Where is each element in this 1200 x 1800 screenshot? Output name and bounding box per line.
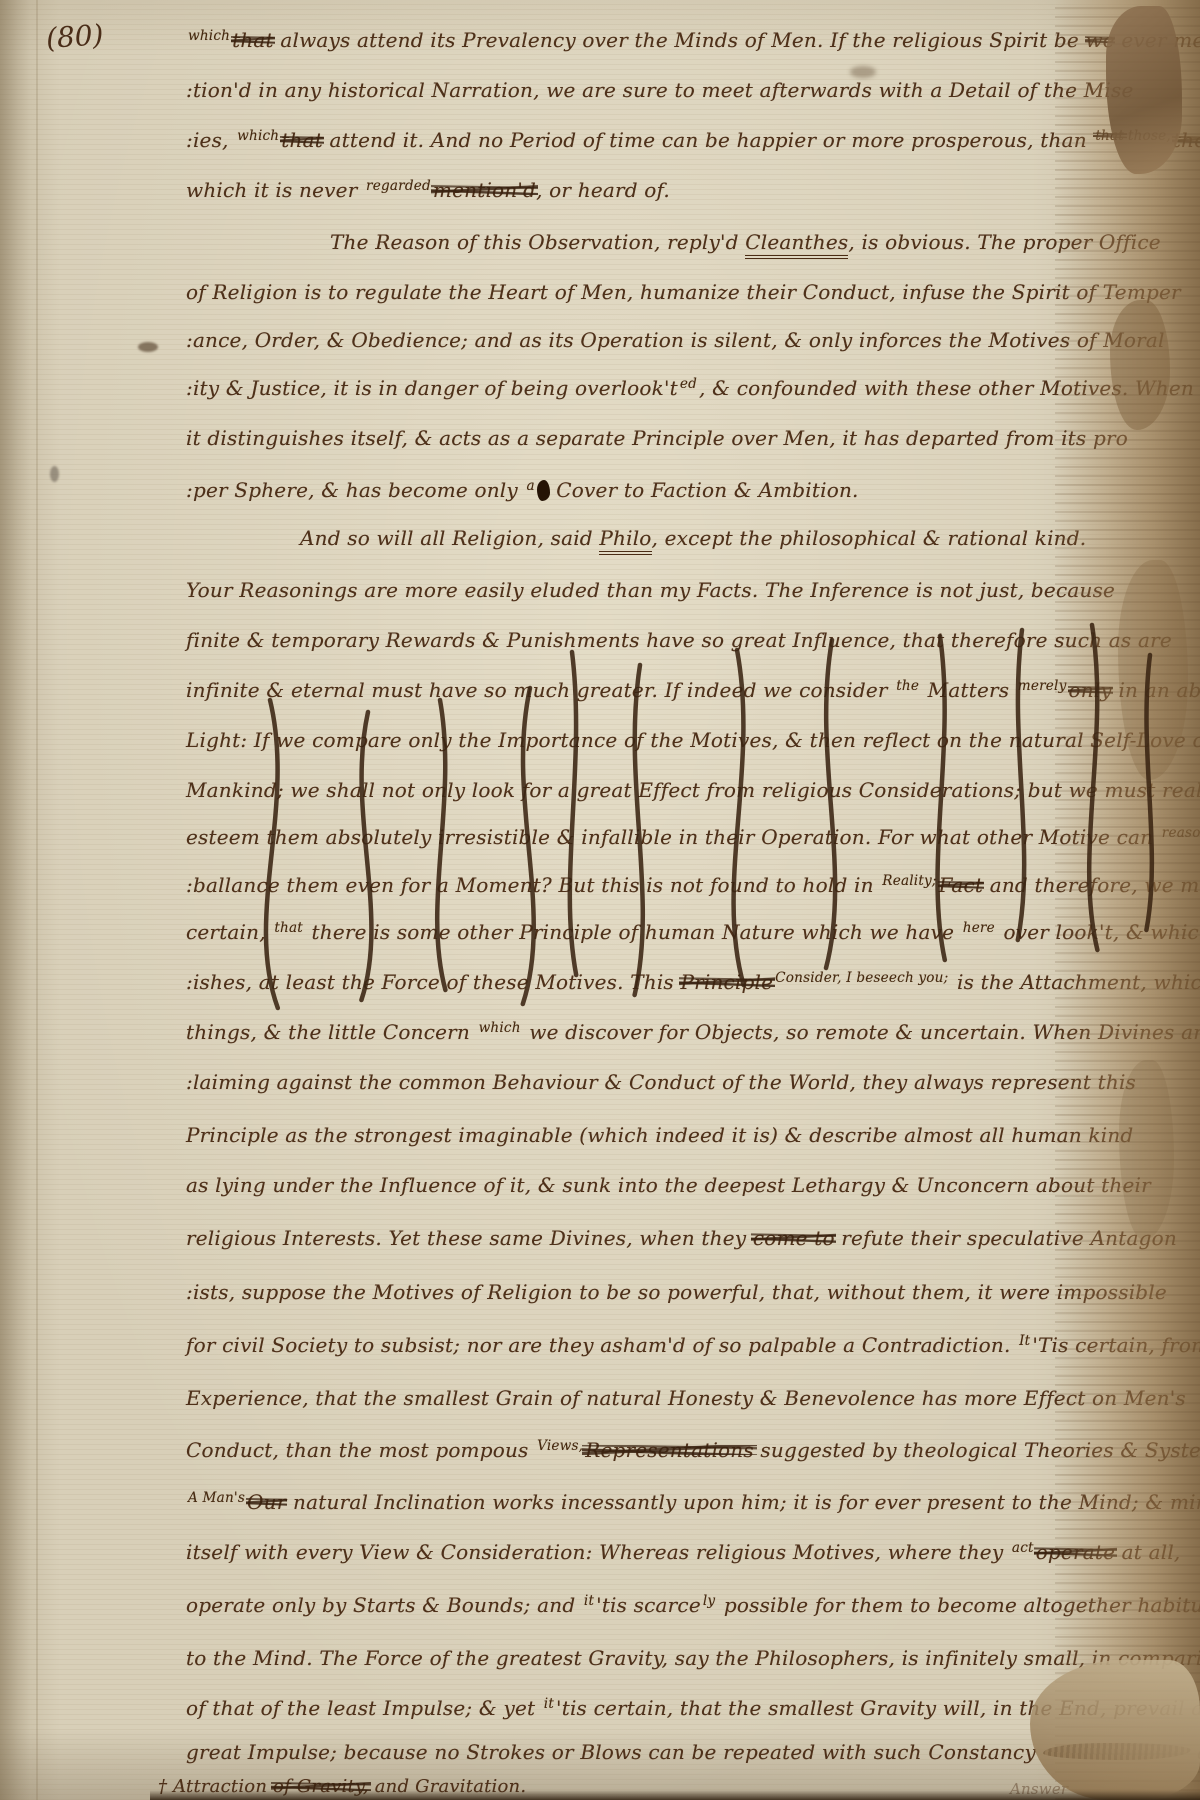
manuscript-line: certain, that there is some other Princi… [186,920,1200,944]
manuscript-line: :ists, suppose the Motives of Religion t… [186,1280,1167,1304]
manuscript-text: :ity & Justice, it is in danger of being… [186,376,678,400]
struck-word: come to [753,1226,835,1250]
interlinear-insertion: which [186,28,232,44]
manuscript-text: Principle as the strongest imaginable (w… [186,1123,1133,1147]
manuscript-line: it distinguishes itself, & acts as a sep… [186,426,1128,450]
struck-word: Our [247,1490,286,1514]
interlinear-insertion: which [477,1020,523,1036]
manuscript-text: Philo [599,526,651,555]
manuscript-text: to the Mind. The Force of the greatest G… [186,1646,1200,1670]
manuscript-text: things, & the little Concern [186,1020,477,1044]
manuscript-line: And so will all Religion, said Philo, ex… [300,526,1086,550]
manuscript-line: finite & temporary Rewards & Punishments… [186,628,1172,652]
manuscript-text: :ishes, at least the Force of these Moti… [186,970,680,994]
manuscript-text: great Impulse; because no Strokes or Blo… [186,1740,1043,1764]
manuscript-text: which it is never [186,178,364,202]
manuscript-text: operate only by Starts & Bounds; and [186,1593,582,1617]
manuscript-line: The Reason of this Observation, reply'd … [330,230,1161,254]
interlinear-insertion: act [1010,1540,1036,1556]
manuscript-line: Your Reasonings are more easily eluded t… [186,578,1115,602]
manuscript-line: Experience, that the smallest Grain of n… [186,1386,1186,1410]
manuscript-text: infinite & eternal must have so much gre… [186,678,894,702]
manuscript-line: Principle as the strongest imaginable (w… [186,1123,1133,1147]
bottom-shadow [150,1790,1200,1800]
manuscript-line: things, & the little Concern which we di… [186,1020,1200,1044]
interlinear-insertion: ly [701,1593,717,1609]
manuscript-text: :ballance them even for a Moment? But th… [186,873,880,897]
manuscript-line: :ballance them even for a Moment? But th… [186,873,1200,897]
manuscript-text: Conduct, than the most pompous [186,1438,535,1462]
manuscript-line: Mankind; we shall not only look for a gr… [186,778,1200,802]
struck-word: that [232,28,274,52]
edge-stain [1110,300,1170,430]
manuscript-text: :ance, Order, & Obedience; and as its Op… [186,328,1165,352]
manuscript-line: :tion'd in any historical Narration, we … [186,78,1134,102]
manuscript-line: operate only by Starts & Bounds; and it'… [186,1593,1200,1617]
interlinear-insertion: A Man's [186,1490,247,1506]
interlinear-insertion: regarded [364,178,433,194]
struck-word: mention'd [433,178,536,202]
manuscript-line: Conduct, than the most pompous Views,Rep… [186,1438,1200,1462]
manuscript-line: :laiming against the common Behaviour & … [186,1070,1136,1094]
ink-blot [537,480,550,501]
manuscript-text: Mankind; we shall not only look for a gr… [186,778,1200,802]
manuscript-line: Light: If we compare only the Importance… [186,728,1200,752]
manuscript-text: certain, [186,920,272,944]
interlinear-insertion: it [582,1593,596,1609]
manuscript-page: (80) whichthat always attend its Prevale… [0,0,1200,1800]
interlinear-insertion: It [1017,1333,1032,1349]
manuscript-text: :tion'd in any historical Narration, we … [186,78,1134,102]
manuscript-text: :per Sphere, & has become only [186,478,524,502]
manuscript-line: to the Mind. The Force of the greatest G… [186,1646,1200,1670]
manuscript-line: whichthat always attend its Prevalency o… [186,28,1200,52]
faint-smear [850,66,876,78]
manuscript-text: , or heard of. [536,178,670,202]
manuscript-line: :ance, Order, & Obedience; and as its Op… [186,328,1165,352]
manuscript-text: attend it. And no Period of time can be … [323,128,1093,152]
manuscript-text: :ists, suppose the Motives of Religion t… [186,1280,1167,1304]
interlinear-insertion: a [524,478,536,494]
manuscript-lines: whichthat always attend its Prevalency o… [0,0,1200,1800]
interlinear-insertion: the [894,678,921,694]
struck-word: Representations [585,1438,754,1462]
manuscript-line: as lying under the Influence of it, & su… [186,1173,1151,1197]
manuscript-line: :ies, whichthat attend it. And no Period… [186,128,1200,152]
manuscript-line: religious Interests. Yet these same Divi… [186,1226,1177,1250]
torn-corner [1106,6,1182,174]
manuscript-text: esteem them absolutely irresistible & in… [186,825,1160,849]
interlinear-insertion: ed [678,376,699,392]
manuscript-line: infinite & eternal must have so much gre… [186,678,1200,702]
manuscript-text: Cleanthes [745,230,848,259]
manuscript-text: there is some other Principle of human N… [305,920,961,944]
manuscript-line: of Religion is to regulate the Heart of … [186,280,1181,304]
struck-word: Fact [939,873,983,897]
manuscript-line: for civil Society to subsist; nor are th… [186,1333,1200,1357]
manuscript-text: Cover to Faction & Ambition. [550,478,859,502]
manuscript-text: always attend its Prevalency over the Mi… [274,28,1086,52]
manuscript-text: The Reason of this Observation, reply'd [330,230,745,254]
manuscript-text: :ies, [186,128,235,152]
manuscript-text: as lying under the Influence of it, & su… [186,1173,1151,1197]
interlinear-insertion: that [272,920,305,936]
manuscript-line: which it is never regardedmention'd, or … [186,178,670,202]
ink-smudge [138,342,158,352]
interlinear-insertion: Views, [535,1438,585,1454]
manuscript-text: of Religion is to regulate the Heart of … [186,280,1181,304]
paper-speck [50,466,59,482]
manuscript-line: :ity & Justice, it is in danger of being… [186,376,1194,400]
interlinear-insertion: Consider, I beseech you; [773,970,950,986]
interlinear-insertion: it [542,1696,556,1712]
manuscript-line: esteem them absolutely irresistible & in… [186,825,1200,849]
manuscript-text: of that of the least Impulse; & yet [186,1696,542,1720]
edge-stain [1118,560,1188,780]
interlinear-insertion: here [961,920,997,936]
manuscript-text: for civil Society to subsist; nor are th… [186,1333,1017,1357]
manuscript-text: Experience, that the smallest Grain of n… [186,1386,1186,1410]
interlinear-insertion: which [235,128,281,144]
edge-stain [1119,1060,1174,1240]
manuscript-text: And so will all Religion, said [300,526,599,550]
manuscript-text: religious Interests. Yet these same Divi… [186,1226,753,1250]
manuscript-line: :per Sphere, & has become only a Cover t… [186,478,859,502]
manuscript-text: itself with every View & Consideration: … [186,1540,1010,1564]
manuscript-text: :laiming against the common Behaviour & … [186,1070,1136,1094]
manuscript-line: itself with every View & Consideration: … [186,1540,1180,1564]
manuscript-text: finite & temporary Rewards & Punishments… [186,628,1172,652]
manuscript-line: A Man'sOur natural Inclination works inc… [186,1490,1200,1514]
manuscript-text: Light: If we compare only the Importance… [186,728,1200,752]
manuscript-text: , except the philosophical & rational ki… [652,526,1087,550]
interlinear-insertion: Reality; [880,873,938,889]
manuscript-text: Matters [921,678,1016,702]
manuscript-line: :ishes, at least the Force of these Moti… [186,970,1200,994]
binding-edge [1055,0,1200,1800]
struck-word: Principle [680,970,773,994]
manuscript-text: it distinguishes itself, & acts as a sep… [186,426,1128,450]
manuscript-text: Your Reasonings are more easily eluded t… [186,578,1115,602]
bottom-edge-damage [1030,1660,1200,1800]
struck-word: that [281,128,323,152]
manuscript-text: 'tis scarce [596,1593,701,1617]
